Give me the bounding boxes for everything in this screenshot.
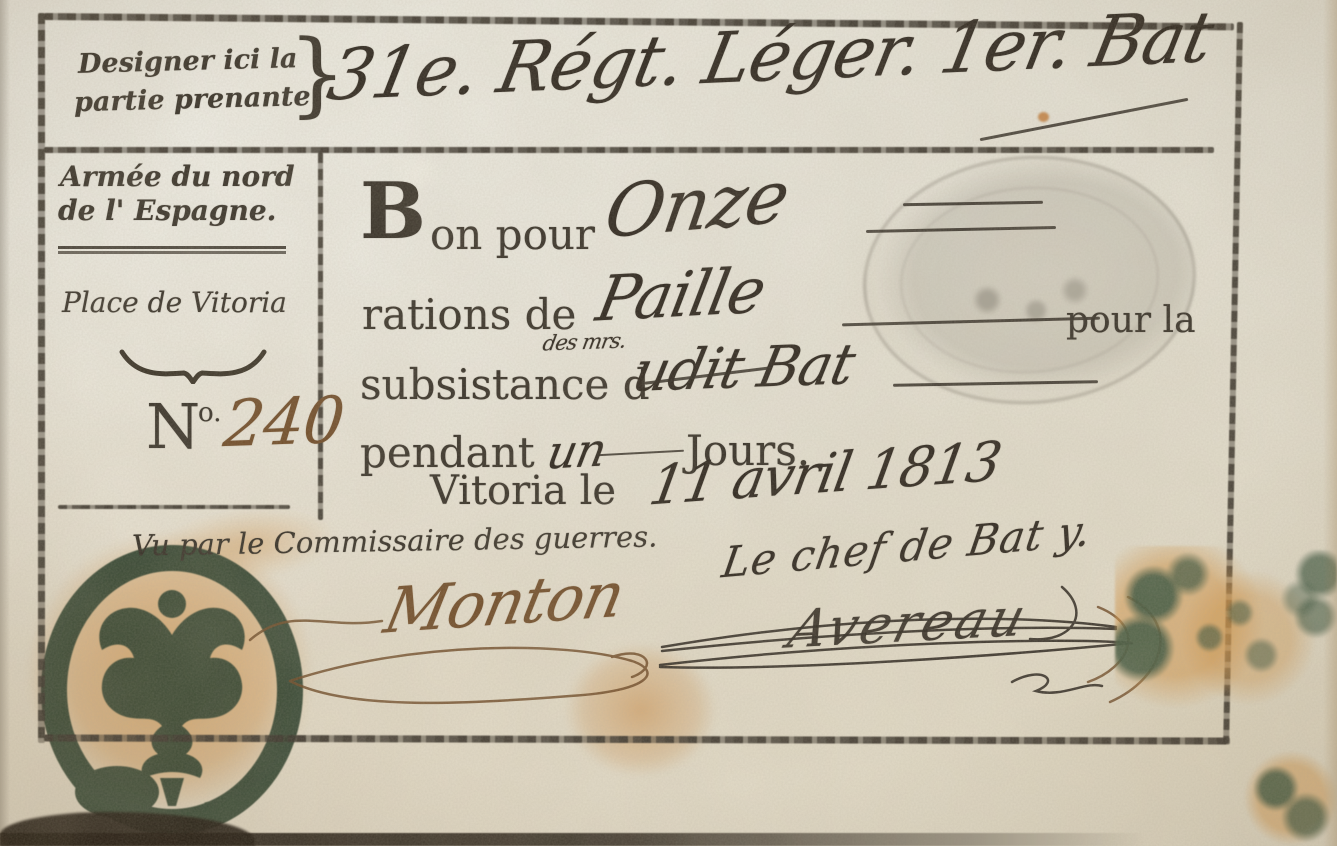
pour-la-label: pour la [1066, 300, 1196, 341]
left-panel-bottom-line [58, 505, 290, 509]
round-ink-stamp [855, 145, 1204, 416]
army-rule [58, 246, 286, 255]
left-panel-divider [318, 152, 323, 520]
green-ink-stain-corner [1236, 750, 1336, 846]
number-label: N [146, 390, 200, 463]
number-value: 240 [220, 384, 347, 462]
photo-edge-right [1323, 0, 1337, 846]
bon-rest: on pour [430, 210, 595, 259]
army-line2: de l' Espagne. [58, 194, 276, 227]
separator-top-row [44, 147, 1214, 153]
pen-flourish [230, 585, 1220, 750]
quantity-handwritten: Onze [600, 153, 795, 254]
date-label: Vitoria le [430, 468, 616, 514]
chef-line-handwritten: Le chef de Bat y. [719, 505, 1096, 587]
number-sup: o. [198, 398, 221, 428]
photo-edge-bottom [0, 833, 1145, 846]
photo-edge-left [0, 0, 10, 846]
frame-left [38, 13, 45, 743]
vu-commissaire-line: Vu par le Commissaire des guerres. [132, 519, 658, 562]
party-flourish-line [980, 98, 1189, 141]
commodity-handwritten: Paille [591, 253, 771, 336]
subsistance-label: subsistance d [360, 360, 650, 409]
orange-dot [1038, 112, 1049, 122]
instruction-line1: Designer ici la [78, 43, 298, 80]
place-line: Place de Vitoria [62, 286, 287, 319]
horizontal-brace-ornament [118, 344, 268, 384]
frame-right [1223, 22, 1243, 744]
instruction-line2: partie prenante. [74, 81, 321, 118]
bon-initial: B [360, 166, 426, 257]
army-line1: Armée du nord [60, 160, 295, 193]
ration-voucher-document: Designer ici la partie prenante. } Armée… [0, 0, 1337, 846]
insertion-handwritten: des mrs. [541, 328, 628, 355]
